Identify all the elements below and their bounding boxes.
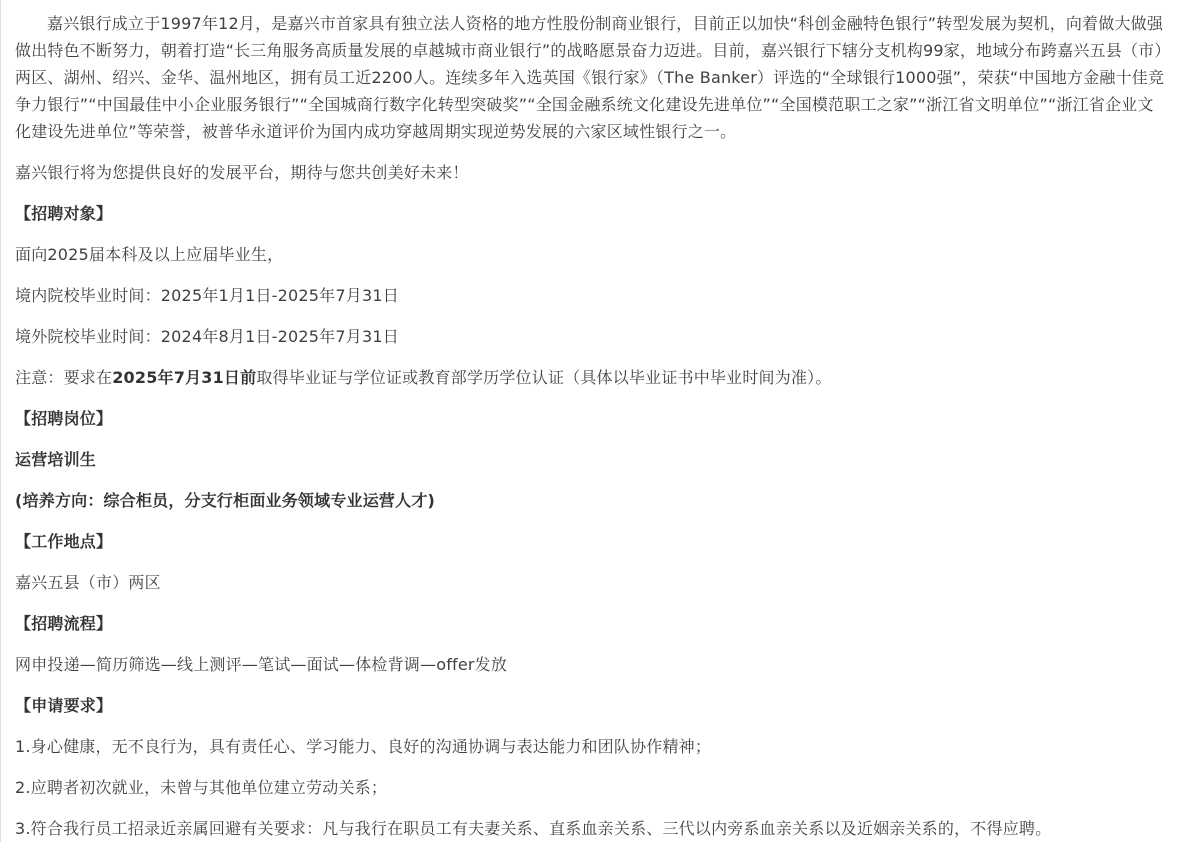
domestic-graduation-window: 境内院校毕业时间：2025年1月1日-2025年7月31日 <box>15 282 1169 309</box>
target-eligibility-paragraph: 面向2025届本科及以上应届毕业生， <box>15 241 1169 268</box>
work-location-paragraph: 嘉兴五县（市）两区 <box>15 569 1169 596</box>
heading-work-location: 【工作地点】 <box>15 528 1169 555</box>
welcome-paragraph: 嘉兴银行将为您提供良好的发展平台，期待与您共创美好未来！ <box>15 159 1169 186</box>
note-deadline: 2025年7月31日前 <box>112 368 256 387</box>
heading-application-requirements: 【申请要求】 <box>15 692 1169 719</box>
position-name: 运营培训生 <box>15 446 1169 473</box>
overseas-graduation-window: 境外院校毕业时间：2024年8月1日-2025年7月31日 <box>15 323 1169 350</box>
recruitment-process-paragraph: 网申投递—简历筛选—线上测评—笔试—面试—体检背调—offer发放 <box>15 651 1169 678</box>
heading-recruitment-target: 【招聘对象】 <box>15 200 1169 227</box>
recruitment-notice-document: 嘉兴银行成立于1997年12月，是嘉兴市首家具有独立法人资格的地方性股份制商业银… <box>0 0 1177 842</box>
position-training-direction: (培养方向：综合柜员，分支行柜面业务领域专业运营人才) <box>15 487 1169 514</box>
heading-recruitment-position: 【招聘岗位】 <box>15 405 1169 432</box>
requirement-item-1: 1.身心健康，无不良行为，具有责任心、学习能力、良好的沟通协调与表达能力和团队协… <box>15 733 1169 760</box>
intro-paragraph: 嘉兴银行成立于1997年12月，是嘉兴市首家具有独立法人资格的地方性股份制商业银… <box>15 10 1169 145</box>
note-suffix: 取得毕业证与学位证或教育部学历学位认证（具体以毕业证书中毕业时间为准）。 <box>256 368 831 387</box>
heading-recruitment-process: 【招聘流程】 <box>15 610 1169 637</box>
note-paragraph: 注意：要求在2025年7月31日前取得毕业证与学位证或教育部学历学位认证（具体以… <box>15 364 1169 391</box>
note-prefix: 注意：要求在 <box>15 368 112 387</box>
requirement-item-2: 2.应聘者初次就业，未曾与其他单位建立劳动关系； <box>15 774 1169 801</box>
requirement-item-3: 3.符合我行员工招录近亲属回避有关要求：凡与我行在职员工有夫妻关系、直系血亲关系… <box>15 815 1169 842</box>
